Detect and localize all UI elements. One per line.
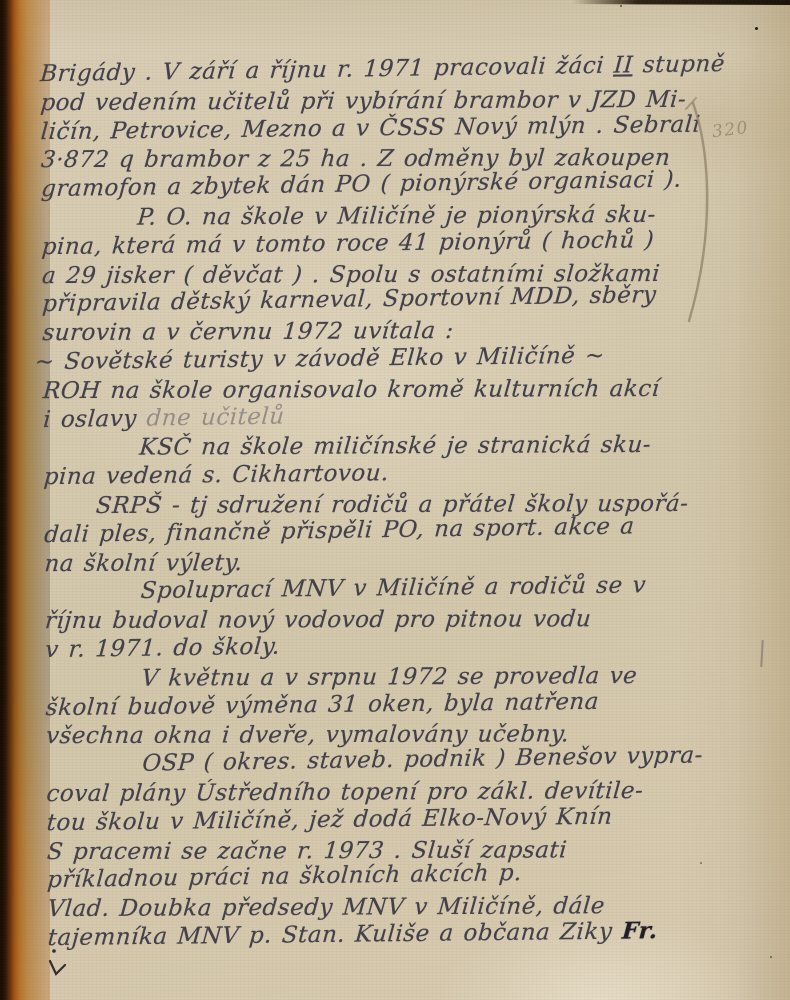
line-text: tajemníka MNV p. Stan. Kuliše a občana Z… xyxy=(47,918,623,951)
faded-ink-text: dne učitelů xyxy=(146,403,286,431)
dust-speck xyxy=(700,862,702,864)
scan-top-edge-shadow xyxy=(572,0,790,5)
pencil-tick-mark xyxy=(760,640,763,667)
line-text: Brigády . V září a říjnu r. 1971 pracova… xyxy=(39,53,615,88)
scanned-notebook-page: Brigády . V září a říjnu r. 1971 pracova… xyxy=(0,0,790,1000)
bold-ink-text: Fr. xyxy=(621,917,659,944)
dust-speck xyxy=(620,5,622,7)
line-text: stupně xyxy=(632,51,726,78)
underlined-text: II xyxy=(613,52,634,78)
ink-check-mark xyxy=(46,947,72,985)
line-text: i oslavy xyxy=(42,405,147,433)
handwritten-line: Brigády . V září a říjnu r. 1971 pracova… xyxy=(39,50,757,89)
dust-speck xyxy=(770,956,772,958)
pencil-bracket-mark xyxy=(680,93,722,331)
dust-speck xyxy=(755,27,758,30)
handwritten-text-block: Brigády . V září a říjnu r. 1971 pracova… xyxy=(40,54,764,953)
